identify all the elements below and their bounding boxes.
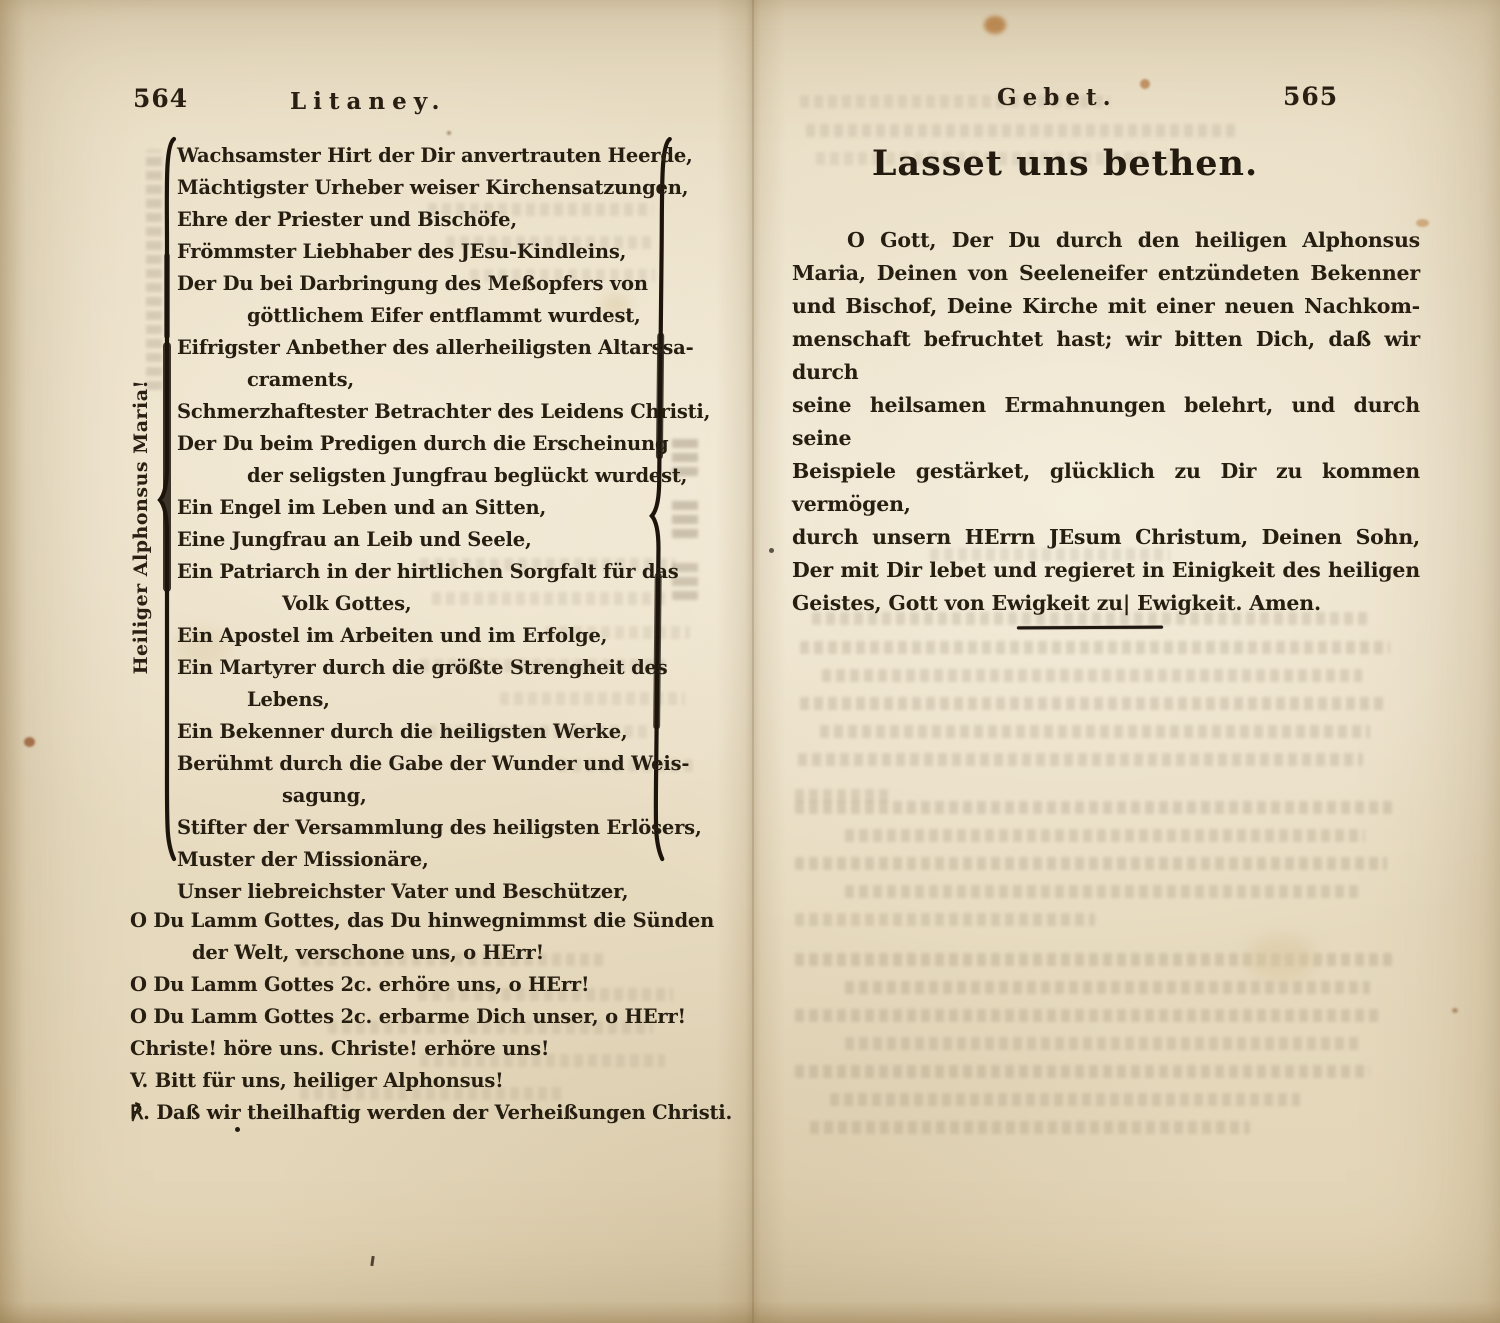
litany-line: Ehre der Priester und Bischöfe, xyxy=(177,204,655,236)
litany-line: Muster der Missionäre, xyxy=(177,844,655,876)
litany-line: Lebens, xyxy=(177,684,655,716)
running-title-right: Gebet. xyxy=(997,84,1117,111)
bleed-through-line xyxy=(830,1093,1300,1106)
ink-dot xyxy=(235,1127,240,1132)
litany-line: der seligsten Jungfrau beglückt wurdest, xyxy=(177,460,655,492)
bleed-through-line xyxy=(800,641,1390,654)
bleed-through-line xyxy=(800,697,1385,710)
litany-line: Unser liebreichster Vater und Beschützer… xyxy=(177,876,655,908)
litany-closing-line: ℟. Daß wir theilhaftig werden der Verhei… xyxy=(130,1097,708,1129)
gutter-crease xyxy=(752,0,754,1323)
bleed-through-line xyxy=(672,498,698,538)
page-number-right: 565 xyxy=(1283,82,1338,111)
litany-line: craments, xyxy=(177,364,655,396)
litany-line: Mächtigster Urheber weiser Kirchensatzun… xyxy=(177,172,655,204)
bleed-through-line xyxy=(845,885,1360,898)
prayer-line: seine heilsamen Ermahnungen belehrt, und… xyxy=(792,389,1420,455)
bleed-through-line xyxy=(795,1065,1370,1078)
prayer-heading: Lasset uns bethen. xyxy=(835,143,1295,184)
prayer-line: durch unsern HErrn JEsum Christum, Deine… xyxy=(792,521,1420,554)
bleed-through-line xyxy=(795,1009,1380,1022)
bleed-through-line xyxy=(845,1037,1360,1050)
prayer-line: und Bischof, Deine Kirche mit einer neue… xyxy=(792,290,1420,323)
prayer-line: Maria, Deinen von Seeleneifer entzündete… xyxy=(792,257,1420,290)
paper-stain xyxy=(769,548,774,553)
page-edge-bottom xyxy=(0,1301,1500,1323)
litany-line: Ein Engel im Leben und an Sitten, xyxy=(177,492,655,524)
bleed-through-line xyxy=(822,669,1362,682)
bleed-through-line xyxy=(795,801,1395,814)
litany-closing-line: der Welt, verschone uns, o HErr! xyxy=(130,937,708,969)
bleed-through-line xyxy=(798,753,1363,766)
litany-line: Der Du bei Darbringung des Meßopfers von xyxy=(177,268,655,300)
prayer-paragraph: O Gott, Der Du durch den heiligen Alphon… xyxy=(792,224,1420,620)
litany-line: Eifrigster Anbether des allerheiligsten … xyxy=(177,332,655,364)
litany-line: Berühmt durch die Gabe der Wunder und We… xyxy=(177,748,655,780)
litany-line: Ein Patriarch in der hirtlichen Sorgfalt… xyxy=(177,556,655,588)
bleed-through-line xyxy=(820,725,1370,738)
page-gutter xyxy=(716,0,786,1323)
bleed-through-line xyxy=(806,124,1236,137)
litany-closing-line: O Du Lamm Gottes 2c. erhöre uns, o HErr! xyxy=(130,969,708,1001)
litany-closing-line: O Du Lamm Gottes 2c. erbarme Dich unser,… xyxy=(130,1001,708,1033)
litany-closing-line: O Du Lamm Gottes, das Du hinwegnimmst di… xyxy=(130,905,708,937)
paper-stain xyxy=(1246,935,1316,981)
litany-line: Ein Bekenner durch die heiligsten Werke, xyxy=(177,716,655,748)
paper-stain xyxy=(984,16,1006,34)
litany-line: Frömmster Liebhaber des JEsu-Kindleins, xyxy=(177,236,655,268)
litany-line: Volk Gottes, xyxy=(177,588,655,620)
bleed-through-line xyxy=(845,829,1365,842)
litany-line: Eine Jungfrau an Leib und Seele, xyxy=(177,524,655,556)
page-edge-left xyxy=(0,0,26,1323)
ink-tick xyxy=(370,1256,374,1266)
litany-line: Ein Martyrer durch die größte Strengheit… xyxy=(177,652,655,684)
page-number-left: 564 xyxy=(133,84,188,113)
litany-bracket-label: Heiliger Alphonsus Maria! xyxy=(130,380,152,675)
bleed-through-line xyxy=(845,981,1370,994)
paper-stain xyxy=(447,131,451,135)
prayer-line: Der mit Dir lebet und regieret in Einigk… xyxy=(792,554,1420,587)
book-scan: 564 Litaney. Heiliger Alphonsus Maria! W… xyxy=(0,0,1500,1323)
litany-closing-line: Christe! höre uns. Christe! erhöre uns! xyxy=(130,1033,708,1065)
prayer-line: menschaft befruchtet hast; wir bitten Di… xyxy=(792,323,1420,389)
paper-stain xyxy=(1452,1008,1458,1013)
prayer-line: Geistes, Gott von Ewigkeit zu| Ewigkeit.… xyxy=(792,587,1420,620)
litany-line: Stifter der Versammlung des heiligsten E… xyxy=(177,812,655,844)
paper-stain xyxy=(1140,79,1150,89)
prayer-line: Beispiele gestärket, glücklich zu Dir zu… xyxy=(792,455,1420,521)
litany-line: sagung, xyxy=(177,780,655,812)
litany-list: Wachsamster Hirt der Dir anvertrauten He… xyxy=(177,140,655,908)
bleed-through-line xyxy=(795,857,1387,870)
litany-line: Wachsamster Hirt der Dir anvertrauten He… xyxy=(177,140,655,172)
separator-rule xyxy=(1017,626,1163,630)
prayer-line: O Gott, Der Du durch den heiligen Alphon… xyxy=(792,224,1420,257)
bleed-through-line xyxy=(795,913,1095,926)
bleed-through-line xyxy=(810,1121,1250,1134)
litany-line: Ein Apostel im Arbeiten und im Erfolge, xyxy=(177,620,655,652)
litany-closing-line: V. Bitt für uns, heiliger Alphonsus! xyxy=(130,1065,708,1097)
litany-line: Der Du beim Predigen durch die Erscheinu… xyxy=(177,428,655,460)
litany-line: Schmerzhaftester Betrachter des Leidens … xyxy=(177,396,655,428)
litany-line: göttlichem Eifer entflammt wurdest, xyxy=(177,300,655,332)
running-title-left: Litaney. xyxy=(290,88,447,115)
litany-closing-list: O Du Lamm Gottes, das Du hinwegnimmst di… xyxy=(130,905,708,1129)
